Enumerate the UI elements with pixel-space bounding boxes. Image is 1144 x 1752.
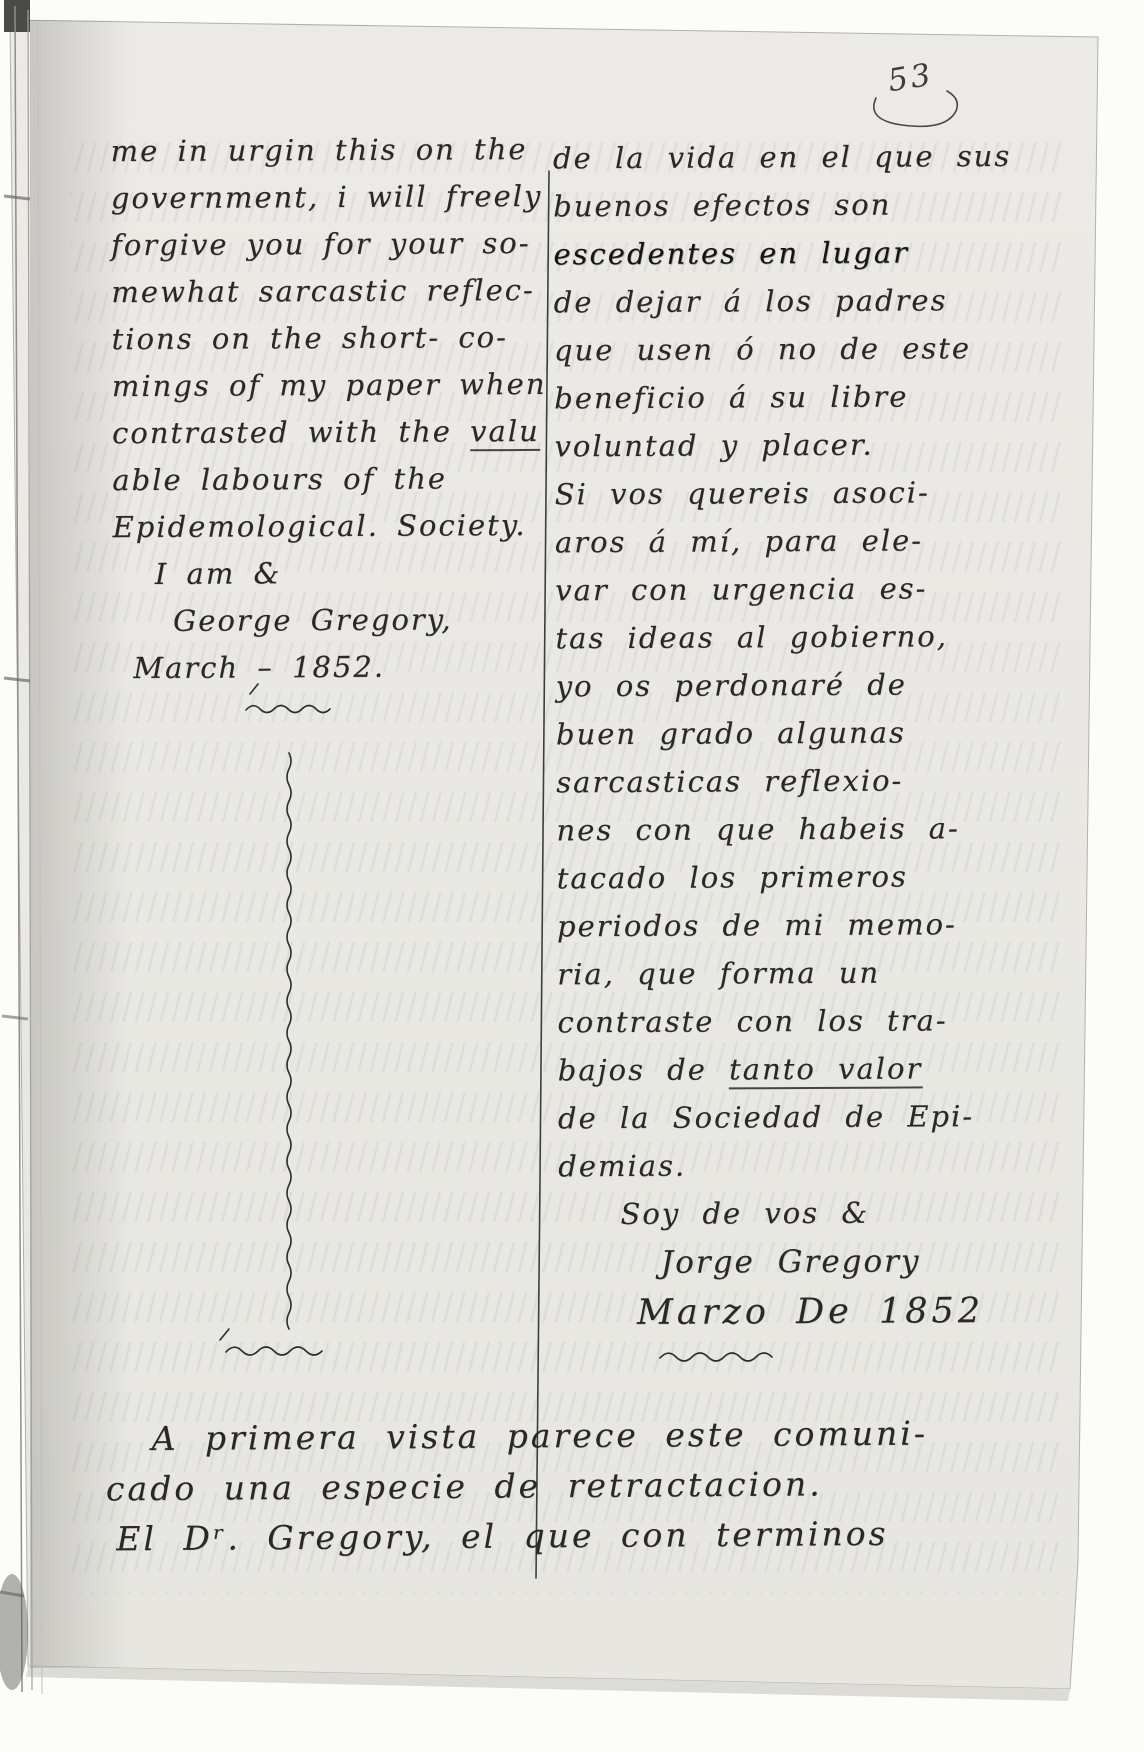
tick-mark	[220, 1329, 229, 1340]
text-line: escedentes en lugar	[553, 235, 1058, 286]
text-line: var con urgencia es-	[555, 571, 1060, 622]
text-line: tacado los primeros	[557, 859, 1062, 910]
date-line: Marzo De 1852	[637, 1291, 1064, 1341]
text-line: nes con que habeis a-	[556, 811, 1061, 862]
text-line: aros á mí, para ele-	[555, 523, 1060, 574]
text-line: contraste con los tra-	[557, 1003, 1062, 1054]
squiggle-end-mark	[226, 1347, 322, 1355]
text-line: A primera vista parece este comuni-	[105, 1413, 1065, 1470]
text-line: mewhat sarcastic reflec-	[111, 273, 556, 322]
text-line: Epidemological. Society.	[112, 508, 557, 557]
english-column: me in urgin this on the government, i wi…	[111, 132, 559, 698]
text-line: me in urgin this on the	[111, 132, 556, 181]
text-line: beneficio á su libre	[554, 379, 1059, 430]
text-line: tions on the short- co-	[112, 320, 557, 369]
text-line: government, i will freely	[111, 179, 556, 228]
text-line: sarcasticas reflexio-	[556, 763, 1061, 814]
text-line: tas ideas al gobierno,	[555, 619, 1060, 670]
squiggle-underline-marzo	[660, 1353, 772, 1361]
text-line: periodos de mi memo-	[557, 907, 1062, 958]
text-line: voluntad y placer.	[554, 427, 1059, 478]
text-line: able labours of the	[112, 461, 557, 510]
text-line: de la Sociedad de Epi-	[558, 1099, 1063, 1150]
text-line: cado una especie de retractacion.	[106, 1463, 1066, 1520]
text-line: de dejar á los padres	[554, 283, 1059, 334]
text-line: ria, que forma un	[557, 955, 1062, 1006]
text-line: buenos efectos son	[553, 187, 1058, 238]
text-line: demias.	[558, 1147, 1063, 1198]
page-number-flourish	[874, 91, 957, 126]
text-line: yo os perdonaré de	[556, 667, 1061, 718]
signature-line: Jorge Gregory	[661, 1243, 1064, 1293]
spanish-column: de la vida en el que sus buenos efectos …	[553, 139, 1064, 1342]
signature-line: George Gregory,	[173, 602, 558, 651]
closing-line: I am &	[155, 555, 558, 604]
squiggle-underline-march	[246, 706, 330, 713]
commentary-paragraph: A primera vista parece este comuni- cado…	[105, 1413, 1066, 1570]
text-line: contrasted with the valu	[112, 414, 557, 463]
underlined-word: valu	[470, 414, 540, 451]
text-line: bajos de tanto valor	[558, 1051, 1063, 1102]
text-line: que usen ó no de este	[554, 331, 1059, 382]
text-line: Si vos quereis asoci-	[555, 475, 1060, 526]
text-line: mings of my paper when	[112, 367, 557, 416]
text-line: forgive you for your so-	[111, 226, 556, 275]
closing-line: Soy de vos &	[620, 1195, 1063, 1245]
text-line: El Dʳ. Gregory, el que con terminos	[106, 1513, 1066, 1570]
underlined-phrase: tanto valor	[729, 1051, 922, 1089]
date-line: March – 1852.	[133, 649, 558, 698]
page-number: 53	[885, 57, 936, 100]
text-line: de la vida en el que sus	[553, 139, 1058, 190]
text-line: buen grado algunas	[556, 715, 1061, 766]
vertical-squiggle-line	[287, 753, 291, 1329]
